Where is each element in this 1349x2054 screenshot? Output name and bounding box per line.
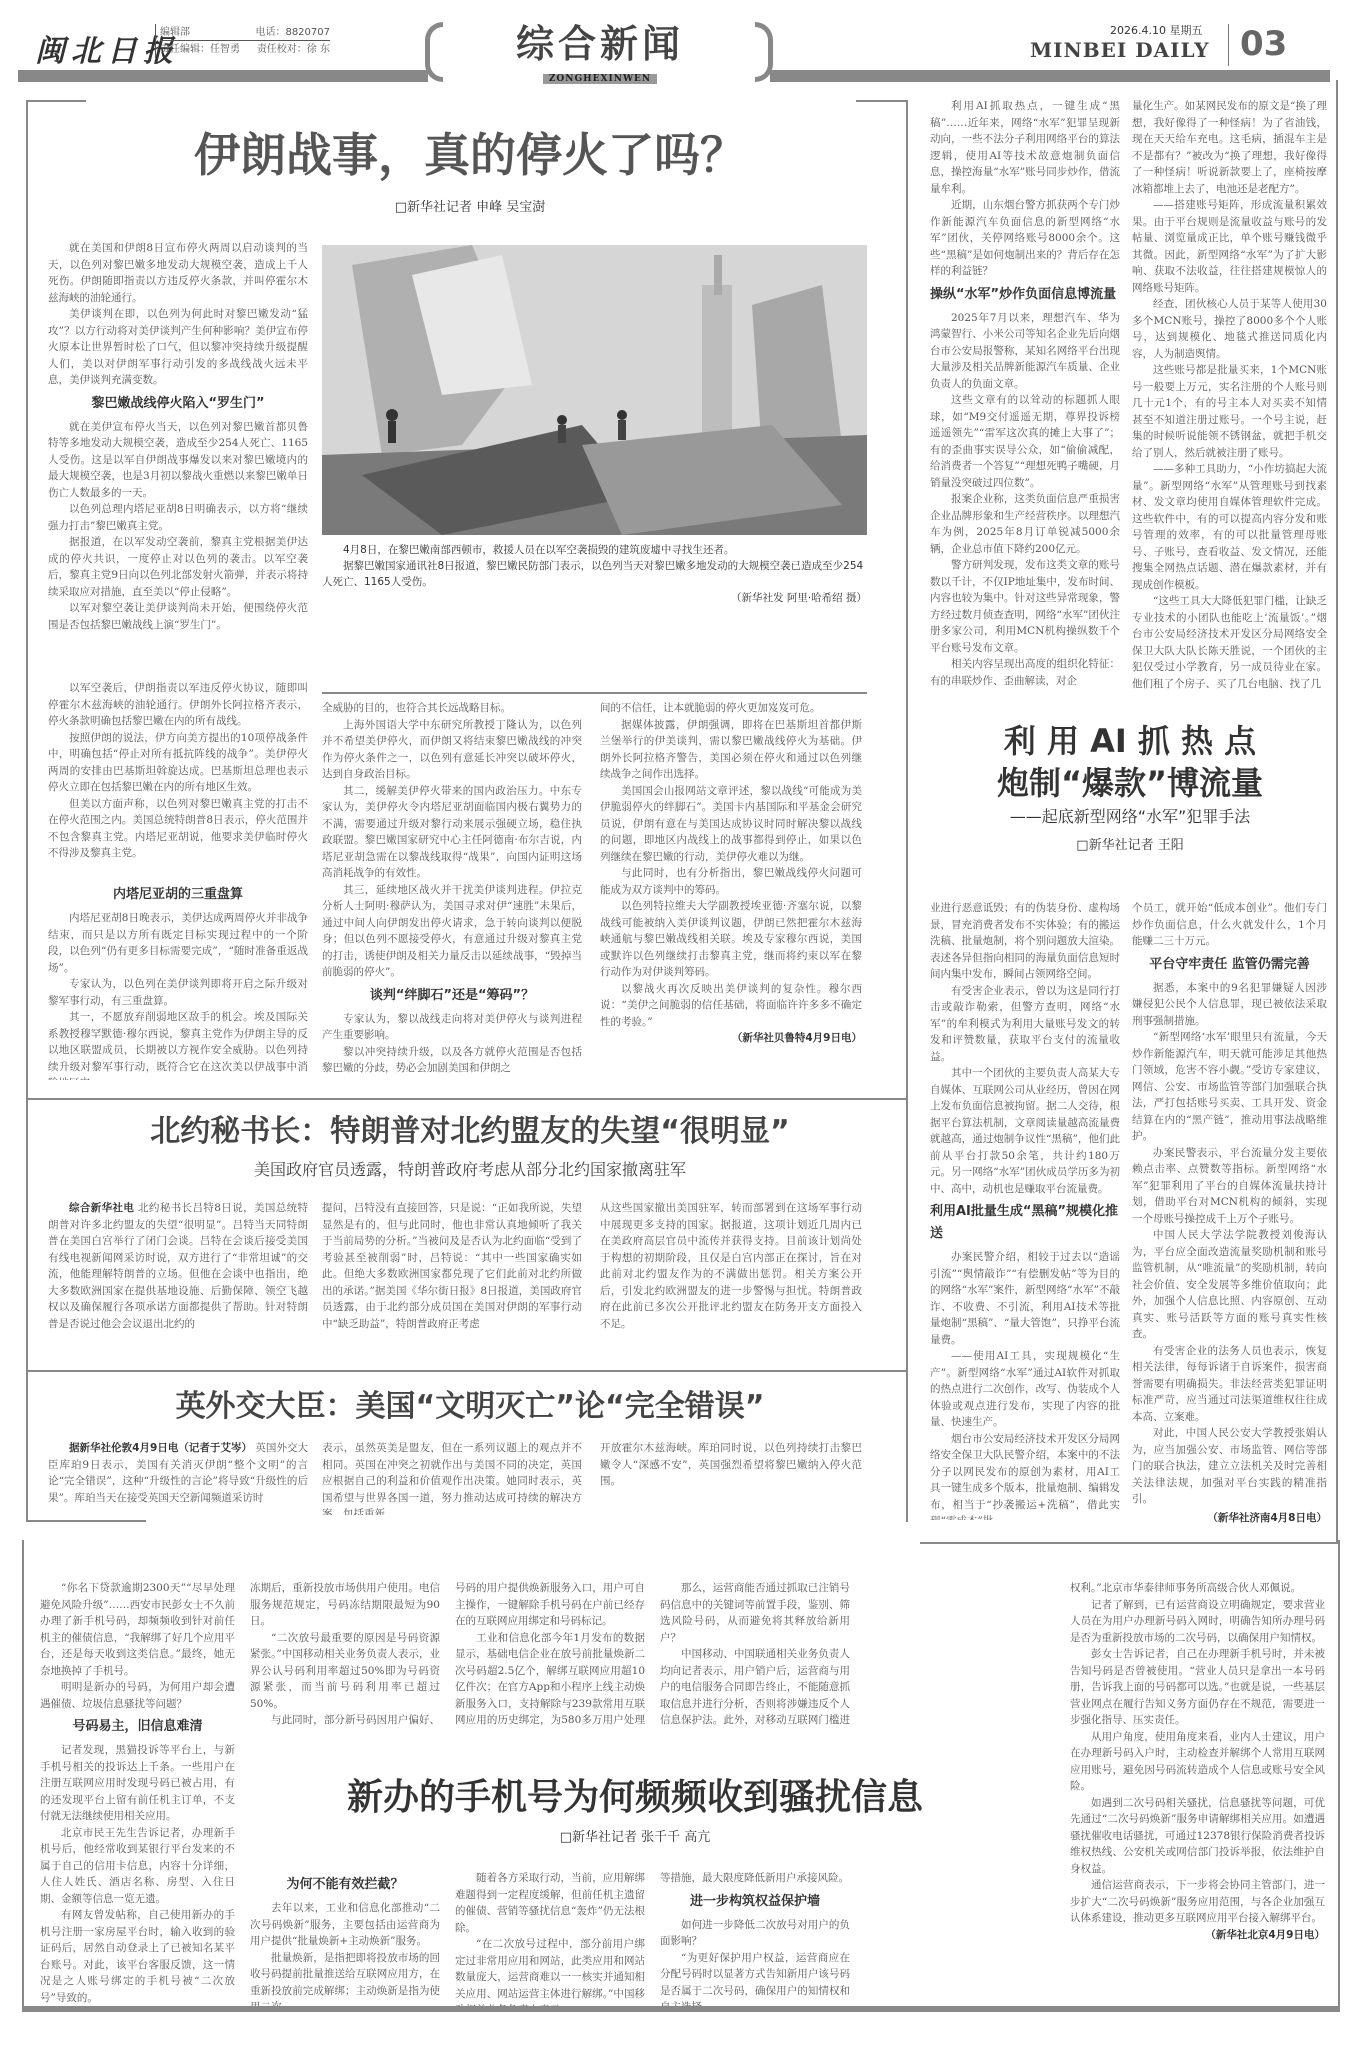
box-right-border xyxy=(906,100,908,1522)
paragraph: 中国人民大学法学院教授刘俊海认为，平台应全面改造流量奖励机制和账号监管机制，从“… xyxy=(1132,1227,1327,1343)
article4-bottom-rule xyxy=(920,1542,1338,1544)
article5-col3: 号码的用户提供焕新服务入口，用户可自主操作，一键解除手机号码在户前已经存在的互联… xyxy=(455,1580,645,1730)
photo-bottom-rule xyxy=(322,692,867,694)
article5-col2: 冻期后，重新投放市场供用户使用。电信服务规范规定，号码冻结期限最短为90日。 “… xyxy=(250,1580,440,1730)
paragraph: 从这些国家撤出美国驻军，转而部署到在这场军事行动中展现更多支持的国家。据报道，这… xyxy=(600,1200,862,1332)
paragraph: 通信运营商表示，下一步将会协同主管部门，进一步扩大“二次号码焕新”服务应用范围，… xyxy=(1070,1877,1325,1927)
paragraph: 冻期后，重新投放市场供用户使用。电信服务规范规定，号码冻结期限最短为90日。 xyxy=(250,1580,440,1630)
paragraph: 批量焕新，是指把即将投放市场的回收号码提前批量推送给互联网应用方，在重新投放前完… xyxy=(250,1950,440,2011)
paragraph: 就在美国和伊朗8日宣布停火两周以启动谈判的当天，以色列对黎巴嫩多地发动大规模空袭… xyxy=(48,240,308,306)
paragraph: 据悉，本案中的9名犯罪嫌疑人因涉嫌侵犯公民个人信息罪，现已被依法采取刑事强制措施… xyxy=(1132,980,1327,1030)
paragraph: 这些文章有的以耸动的标题抓人眼球，如“M9交付遥遥无期，尊界投诉榜遥遥领先”“雷… xyxy=(930,392,1120,491)
article4-headline: 利 用 AI 抓 热 点 炮制“爆款”博流量 ——起底新型网络“水军”犯罪手法 … xyxy=(930,720,1330,853)
page-number: 03 xyxy=(1240,24,1287,64)
paragraph: 就在美伊宣布停火当天，以色列对黎巴嫩首都贝鲁特等多地发动大规模空袭，造成至少25… xyxy=(48,419,308,502)
caption-credit: （新华社发 阿里·哈希绍 摄） xyxy=(322,590,867,606)
page-number-divider xyxy=(1228,24,1229,66)
paragraph: 等措施，最大限度降低新用户承接风险。 xyxy=(660,1870,850,1887)
issue-date: 2026.4.10 星期五 xyxy=(1110,22,1202,38)
article4-colD: 个员工，就开始“低成本创业”。他们专门炒作负面信息，什么火就发什么，1个月能赚二… xyxy=(1132,900,1327,1520)
article3-col1: 据新华社伦敦4月9日电（记者于艾岑） 英国外交大臣库珀9日表示，美国有关消灭伊朗… xyxy=(48,1440,308,1515)
article1-col3: 间的不信任，让本就脆弱的停火更加岌岌可危。 据媒体披露，伊朗强调，即将在巴基斯坦… xyxy=(600,700,862,1080)
box-top-corner-left xyxy=(26,100,86,102)
article4-colB: 量化生产。如某网民发布的原文是“换了理想，我好像得了一种怪病！为了省油钱，现在天… xyxy=(1132,98,1327,698)
article1-subheading-3: 谈判“绊脚石”还是“筹码”？ xyxy=(322,985,582,1007)
article4-signoff-wrap: （新华社济南4月8日电） xyxy=(1132,1510,1327,1530)
paragraph: 有受害企业表示，曾以为这是同行打击或敲诈勒索，但警方查明，网络“水军”的牟利模式… xyxy=(930,983,1120,1066)
article2-subtitle: 美国政府官员透露，特朗普政府考虑从部分北约国家撤离驻军 xyxy=(40,1158,900,1182)
paragraph: 提问，吕特没有直接回答，只是说：“正如我所说，失望显然是有的，但与此同时，他也非… xyxy=(322,1200,582,1332)
paragraph: 权利。”北京市华泰律师事务所高级合伙人邓佩说。 xyxy=(1070,1580,1325,1597)
article5-subheading-1: 号码易主，旧信息难清 xyxy=(40,1716,235,1738)
paragraph: 以色列总理内塔尼亚胡8日明确表示，以方将“继续强力打击”黎巴嫩真主党。 xyxy=(48,501,308,534)
box-left-border xyxy=(26,100,28,1522)
paragraph: 美伊谈判在即，以色列为何此时对黎巴嫩发动“猛攻”？以方行动将对美伊谈判产生何种影… xyxy=(48,306,308,389)
article4-title-line1: 利 用 AI 抓 热 点 xyxy=(930,720,1330,762)
article1-col1-cont: 以军空袭后，伊朗指责以军违反停火协议，随即叫停霍尔木兹海峡的油轮通行。伊朗外长阿… xyxy=(48,680,308,880)
paragraph: 内塔尼亚胡8日晚表示，美伊达成两周停火并非战争结束，而只是以方所有既定目标实现过… xyxy=(48,910,308,976)
article2-dateline: 综合新华社电 xyxy=(69,1202,134,1214)
article1-subheading-2: 内塔尼亚胡的三重盘算 xyxy=(48,884,308,906)
paragraph: “二次放号最重要的原因是号码资源紧张。”中国移动相关业务负责人表示，业界公认号码… xyxy=(250,1630,440,1713)
paragraph: 有网友曾发帖称，自己使用新办的手机号注册一家房屋平台时，输入收到的验证码后，居然… xyxy=(40,1907,235,2006)
section-title-pinyin: ZONGHEXINWEN xyxy=(543,74,657,84)
paragraph: 以色列特拉维夫大学副教授埃亚德·齐塞尔说，以黎战线可能被纳入美伊谈判议题，伊朗已… xyxy=(600,898,862,981)
paragraph: 如遇到二次号码相关骚扰，信息骚扰等问题，可优先通过“二次号码焕新”服务申请解绑相… xyxy=(1070,1795,1325,1878)
article5-col5: 权利。”北京市华泰律师事务所高级合伙人邓佩说。 记者了解到，已有运营商设立明确规… xyxy=(1070,1580,1325,2010)
article3-title: 英外交大臣：美国“文明灭亡”论“完全错误” xyxy=(40,1385,900,1429)
paragraph: 上海外国语大学中东研究所教授丁隆认为，以色列并不希望美伊停火，而伊朗又将结束黎巴… xyxy=(322,717,582,783)
right-border xyxy=(1336,80,1338,1542)
paragraph: 相关内容呈现出高度的组织化特征：有的串联炒作、歪曲解读，对企 xyxy=(930,656,1120,689)
paragraph: 这些账号都是批量买来，1个MCN账号一般要上万元，实名注册的个人账号则几十元1个… xyxy=(1132,362,1327,461)
paragraph: 那么，运营商能否通过抓取已注销号码信息中的关键词等前置手段，鉴别、筛选风险号码，… xyxy=(660,1580,850,1646)
paragraph: 间的不信任，让本就脆弱的停火更加岌岌可危。 xyxy=(600,700,862,717)
article2-title: 北约秘书长：特朗普对北约盟友的失望“很明显” xyxy=(40,1110,900,1154)
article1-signoff: （新华社贝鲁特4月9日电） xyxy=(600,1030,862,1047)
article5-col2b: 为何不能有效拦截？ 去年以来，工业和信息化部推动“二次号码焕新”服务，主要包括由… xyxy=(250,1870,440,2010)
paragraph: 全威胁的目的，也符合其长远战略目标。 xyxy=(322,700,582,717)
header-bar-left xyxy=(18,70,428,82)
paragraph: 但美以方面声称，以色列对黎巴嫩真主党的打击不在停火范围之内。美国总统特朗普8日表… xyxy=(48,796,308,862)
paragraph: 去年以来，工业和信息化部推动“二次号码焕新”服务，主要包括由运营商为用户提供“批… xyxy=(250,1900,440,1950)
article1-col1: 就在美国和伊朗8日宣布停火两周以启动谈判的当天，以色列对黎巴嫩多地发动大规模空袭… xyxy=(48,240,308,680)
paragraph: 警方研判发现，发布这类文章的账号数以千计，不仅IP地址集中，发布时间、内容也较为… xyxy=(930,557,1120,656)
bottom-right-border xyxy=(1338,1540,1340,2010)
paragraph: 其中一个团伙的主要负责人高某大专自媒体、互联网公司从业经历，曾因在网上发布负面信… xyxy=(930,1065,1120,1197)
article3-col2: 表示，虽然英美是盟友，但在一系列议题上的观点并不相同。英国在冲突之初就作出与美国… xyxy=(322,1440,582,1515)
paragraph: 经查，团伙核心人员于某等人使用30多个MCN账号，操控了8000多个个人账号，达… xyxy=(1132,296,1327,362)
paragraph: 有受害企业的法务人员也表示，恢复相关法律，每每诉诸于自诉案件，损害商誉需要有明确… xyxy=(1132,1343,1327,1426)
proof-label: 责任校对：徐 东 xyxy=(257,41,330,58)
section-title-cn: 综合新闻 xyxy=(430,22,770,66)
article-divider xyxy=(28,1370,906,1372)
paragraph: 据报道，在以军发动空袭前，黎真主党根据美伊达成的停火共识，一度停止对以色列的袭击… xyxy=(48,534,308,600)
brand-name: MINBEI DAILY xyxy=(1030,38,1210,62)
paragraph: 开放霍尔木兹海峡。库珀同时说，以色列持续打击黎巴嫩令人“深感不安”，英国强烈希望… xyxy=(600,1440,862,1490)
article2-col3: 从这些国家撤出美国驻军，转而部署到在这场军事行动中展现更多支持的国家。据报道，这… xyxy=(600,1200,862,1360)
paragraph: 其三，延续地区战火并干扰美伊谈判进程。伊拉克分析人士阿明·穆萨认为，美国寻求对伊… xyxy=(322,882,582,981)
article4-subheading-1: 操纵“水军”炒作负面信息博流量 xyxy=(930,284,1120,306)
article1-col1-tail: 内塔尼亚胡的三重盘算 内塔尼亚胡8日晚表示，美伊达成两周停火并非战争结束，而只是… xyxy=(48,880,308,1080)
paragraph: 对此，中国人民公安大学教授张娟认为，应当加强公安、市场监管、网信等部门的联合执法… xyxy=(1132,1425,1327,1508)
masthead-meta: 编辑部电话：8820707 责任编辑：任智勇责任校对：徐 东 xyxy=(155,24,330,58)
article4-byline: □新华社记者 王阳 xyxy=(930,834,1330,853)
paragraph: 业进行恶意诋毁；有的伪装身份、虚构场景，冒充消费者发布不实体验；有的搬运洗稿、批… xyxy=(930,900,1120,983)
paragraph: 烟台市公安局经济技术开发区分局网络安全保卫大队民警介绍，本案中的不法分子以网民发… xyxy=(930,1431,1120,1521)
paragraph: 美国国会山报网站文章评述，黎以战线“可能成为美伊脆弱停火的绊脚石”。美国卡内基国… xyxy=(600,783,862,866)
paragraph: “在二次放号过程中，部分前用户绑定过非常用应用和网站，此类应用和网站数量庞大，运… xyxy=(455,1936,645,2010)
paragraph: 量化生产。如某网民发布的原文是“换了理想，我好像得了一种怪病！为了省油钱，现在天… xyxy=(1132,98,1327,197)
paragraph: 2025年7月以来，理想汽车、华为鸿蒙智行、小米公司等知名企业先后向烟台市公安局… xyxy=(930,310,1120,393)
paragraph: 表示，虽然英美是盟友，但在一系列议题上的观点并不相同。英国在冲突之初就作出与美国… xyxy=(322,1440,582,1515)
article-divider xyxy=(28,1098,906,1100)
paragraph: “你名下贷款逾期2300天”“尽早处理避免风险升级”……西安市民彭女士不久前办理… xyxy=(40,1580,235,1679)
paragraph: ——搭建账号矩阵，形成流量积累效果。由于平台规则是流量收益与账号的发帖量、浏览量… xyxy=(1132,197,1327,296)
article4-subheading-3: 平台守牢责任 监管仍需完善 xyxy=(1132,954,1327,976)
caption-line: 4月8日，在黎巴嫩南部西顿市，救援人员在以军空袭损毁的建筑废墟中寻找生还者。 xyxy=(322,542,867,558)
paragraph: 利用AI抓取热点，一键生成“黑稿”……近年来，网络“水军”犯罪呈现新动向，一些不… xyxy=(930,98,1120,197)
paragraph: 记者了解到，已有运营商设立明确规定，要求营业人员在为用户办理新号码入网时，明确告… xyxy=(1070,1597,1325,1647)
box-bottom-corner xyxy=(26,1520,146,1522)
article5-subheading-3: 进一步构筑权益保护墙 xyxy=(660,1891,850,1913)
article4-signoff: （新华社济南4月8日电） xyxy=(1132,1510,1327,1527)
paragraph: 黎以冲突持续升级，以及各方就停火范围是否包括黎巴嫩的分歧，势必会加剧美国和伊朗之 xyxy=(322,1044,582,1077)
paragraph: 其一，不愿放弃削弱地区敌手的机会。埃及国际关系教授穆罕默德·穆尔西说，黎真主党作… xyxy=(48,1009,308,1080)
paragraph: 个员工，就开始“低成本创业”。他们专门炒作负面信息，什么火就发什么，1个月能赚二… xyxy=(1132,900,1327,950)
article1-photo-caption: 4月8日，在黎巴嫩南部西顿市，救援人员在以军空袭损毁的建筑废墟中寻找生还者。 据… xyxy=(322,542,867,606)
article1-title: 伊朗战事，真的停火了吗？ xyxy=(40,125,900,185)
article3-col3: 开放霍尔木兹海峡。库珀同时说，以色列持续打击黎巴嫩令人“深感不安”，英国强烈希望… xyxy=(600,1440,862,1515)
paragraph: 办案民警介绍，相较于过去以“造谣引流”“舆情敲诈”“有偿删发帖”等为目的的网络“… xyxy=(930,1249,1120,1348)
paragraph: 中国移动、中国联通相关业务负责人均向记者表示，用户销户后，运营商与用户的电信服务… xyxy=(660,1646,850,1730)
paragraph: 据媒体披露，伊朗强调，即将在巴基斯坦首都伊斯兰堡举行的伊美谈判，需以黎巴嫩战线停… xyxy=(600,717,862,783)
paragraph: 以黎战火再次反映出美伊谈判的复杂性。穆尔西说：“美伊之间脆弱的信任基础，将面临许… xyxy=(600,981,862,1031)
article5-col4: 那么，运营商能否通过抓取已注销号码信息中的关键词等前置手段，鉴别、筛选风险号码，… xyxy=(660,1580,850,1730)
paragraph: 按照伊朗的说法，伊方向美方提出的10项停战条件中，明确包括“停止对所有抵抗阵线的… xyxy=(48,730,308,796)
article1-subheading-1: 黎巴嫩战线停火陷入“罗生门” xyxy=(48,393,308,415)
paragraph: 从用户角度，使用角度来看，业内人士建议，用户在办理新号码入户时，主动检查并解绑个… xyxy=(1070,1729,1325,1795)
dept-label: 编辑部 xyxy=(160,24,190,40)
article4-subheading-2: 利用AI批量生成“黑稿”规模化推送 xyxy=(930,1201,1120,1245)
article4-subtitle: ——起底新型网络“水军”犯罪手法 xyxy=(930,804,1330,830)
paragraph: “新型网络‘水军’眼里只有流量，今天炒作新能源汽车，明天就可能涉足其他热门领域，… xyxy=(1132,1029,1327,1145)
paragraph: 与此同时，部分新号码因用户偏好、文化习俗等原因从未被选用，号码“不够用”，号码往… xyxy=(250,1712,440,1730)
bottom-left-border xyxy=(22,1540,24,2010)
paragraph: 与此同时，也有分析指出，黎巴嫩战线停火问题可能成为双方谈判中的筹码。 xyxy=(600,865,862,898)
paragraph: 号码的用户提供焕新服务入口，用户可自主操作，一键解除手机号码在户前已经存在的互联… xyxy=(455,1580,645,1630)
phone-label: 电话：8820707 xyxy=(255,24,330,40)
paragraph: 以军对黎空袭让美伊谈判尚未开始，便围绕停火范围是否包括黎巴嫩战线上演“罗生门”。 xyxy=(48,600,308,633)
paragraph: 近期，山东烟台警方抓获两个专门炒作新能源汽车负面信息的新型网络“水军”团伙，关停… xyxy=(930,197,1120,280)
article5-byline: □新华社记者 张千千 高亢 xyxy=(250,1826,1020,1845)
paragraph: 以军空袭后，伊朗指责以军违反停火协议，随即叫停霍尔木兹海峡的油轮通行。伊朗外长阿… xyxy=(48,680,308,730)
paragraph: “为更好保护用户权益，运营商应在分配号码时以显著方式告知新用户该号码是否属于二次… xyxy=(660,1950,850,2011)
paragraph: 专家认为，黎以战线走向将对美伊停火与谈判进程产生重要影响。 xyxy=(322,1011,582,1044)
paragraph: ——多种工具助力，“小作坊搞起大流量”。新型网络“水军”从管理账号到找素材、发文… xyxy=(1132,461,1327,593)
paragraph: 随着各方采取行动，当前，应用解绑难题得到一定程度缓解，但前任机主遗留的催债、营销… xyxy=(455,1870,645,1936)
article5-title: 新办的手机号为何频频收到骚扰信息 xyxy=(250,1775,1020,1819)
article2-col2: 提问，吕特没有直接回答，只是说：“正如我所说，失望显然是有的，但与此同时，他也非… xyxy=(322,1200,582,1360)
editor-label: 责任编辑：任智勇 xyxy=(160,41,240,58)
box-top-corner-right xyxy=(856,100,908,102)
paragraph: 明明是新办的号码，为何用户却会遭遇催债、垃圾信息骚扰等问题？ xyxy=(40,1679,235,1712)
paragraph: 办案民警表示，平台流量分发主要依赖点击率、点赞数等指标。新型网络“水军”犯罪利用… xyxy=(1132,1145,1327,1228)
article5-col1: “你名下贷款逾期2300天”“尽早处理避免风险升级”……西安市民彭女士不久前办理… xyxy=(40,1580,235,2010)
caption-line: 据黎巴嫩国家通讯社8日报道，黎巴嫩民防部门表示，以色列当天对黎巴嫩多地发动的大规… xyxy=(322,558,867,590)
article1-col2: 全威胁的目的，也符合其长远战略目标。 上海外国语大学中东研究所教授丁隆认为，以色… xyxy=(322,700,582,1080)
paragraph: ——使用AI工具，实现规模化“生产”。新型网络“水军”通过AI软件对抓取的热点进… xyxy=(930,1348,1120,1431)
article3-dateline: 据新华社伦敦4月9日电（记者于艾岑） xyxy=(69,1442,252,1454)
paragraph: 彭女士告诉记者，自己在办理新手机号时，并未被告知号码是否曾被使用。“营业人员只是… xyxy=(1070,1646,1325,1729)
article4-title-line2: 炮制“爆款”博流量 xyxy=(930,762,1330,804)
article5-col3b: 随着各方采取行动，当前，应用解绑难题得到一定程度缓解，但前任机主遗留的催债、营销… xyxy=(455,1870,645,2010)
article2-col1: 综合新华社电 北约秘书长吕特8日说，美国总统特朗普对许多北约盟友的失望“很明显”… xyxy=(48,1200,308,1360)
footer-bar xyxy=(22,2006,1340,2012)
photo-illustration xyxy=(322,245,867,535)
paragraph: 报案企业称，这类负面信息严重损害企业品牌形象和生产经营秩序。以理想汽车为例，20… xyxy=(930,491,1120,557)
paragraph: 北约秘书长吕特8日说，美国总统特朗普对许多北约盟友的失望“很明显”。吕特当天同特… xyxy=(48,1202,308,1330)
paragraph: 如何进一步降低二次放号对用户的负面影响？ xyxy=(660,1917,850,1950)
article1-photo-ruins xyxy=(322,245,867,535)
paragraph: 记者发现，黑猫投诉等平台上，与新手机号相关的投诉达上千条。一些用户在注册互联网应… xyxy=(40,1742,235,1825)
article5-col4b: 等措施，最大限度降低新用户承接风险。 进一步构筑权益保护墙 如何进一步降低二次放… xyxy=(660,1870,850,2010)
article1-byline: □新华社记者 申峰 吴宝澍 xyxy=(40,196,900,215)
article4-colA: 利用AI抓取热点，一键生成“黑稿”……近年来，网络“水军”犯罪呈现新动向，一些不… xyxy=(930,98,1120,698)
header-bar-right xyxy=(770,70,1330,82)
paragraph: 北京市民王先生告诉记者，办理新手机号后，他经常收到某银行平台发来的不属于自己的信… xyxy=(40,1825,235,1908)
paragraph: 其二，缓解美伊停火带来的国内政治压力。中东专家认为，美伊停火令内塔尼亚胡面临国内… xyxy=(322,783,582,882)
article5-signoff: （新华社北京4月9日电） xyxy=(1070,1927,1325,1944)
paragraph: “这些工具大大降低犯罪门槛，让缺乏专业技术的小团队也能吃上‘流量饭’。”烟台市公… xyxy=(1132,593,1327,692)
section-title: 综合新闻 ZONGHEXINWEN xyxy=(430,22,770,82)
article4-colC: 业进行恶意诋毁；有的伪装身份、虚构场景，冒充消费者发布不实体验；有的搬运洗稿、批… xyxy=(930,900,1120,1520)
paragraph: 工业和信息化部今年1月发布的数据显示，基础电信企业在放号前批量焕新二次号码超2.… xyxy=(455,1630,645,1731)
article5-subheading-2: 为何不能有效拦截？ xyxy=(250,1874,440,1896)
paragraph: 专家认为，以色列在美伊谈判即将开启之际升级对黎军事行动，有三重盘算。 xyxy=(48,976,308,1009)
